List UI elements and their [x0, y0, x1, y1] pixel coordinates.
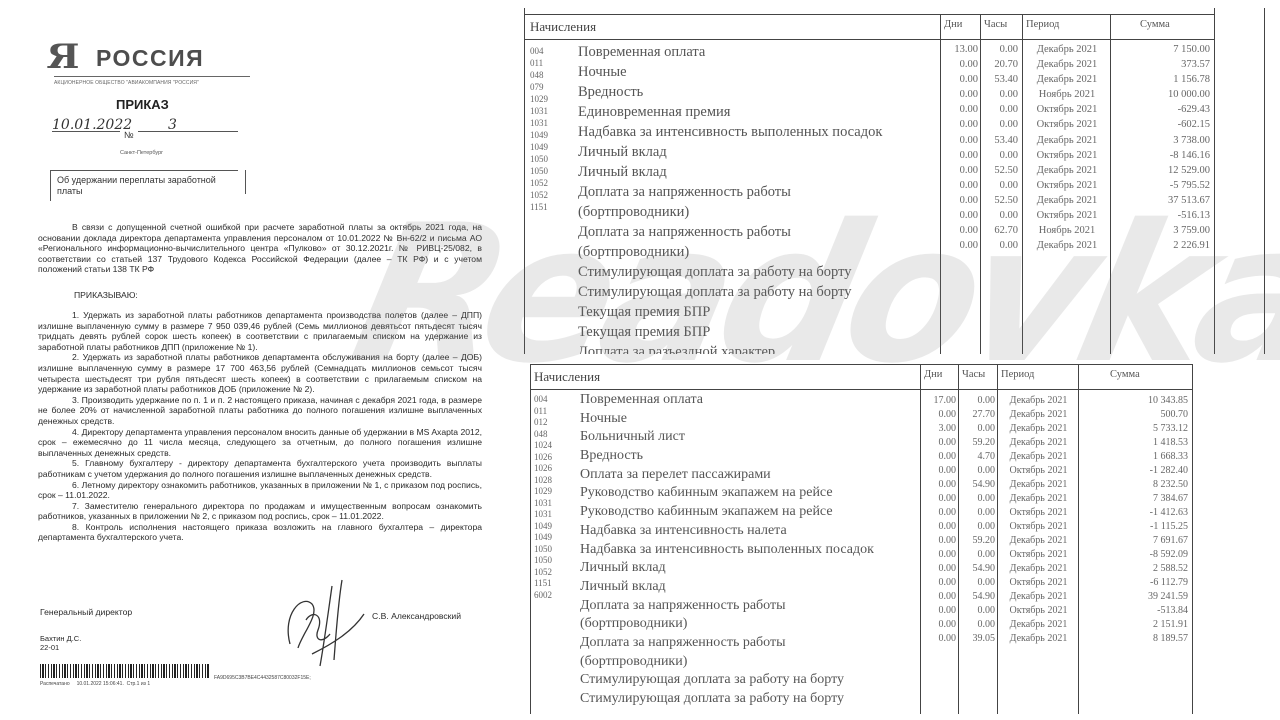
- order-item: 5. Главному бухгалтеру - директору депар…: [38, 458, 482, 479]
- hours-cell: 39.05: [960, 632, 995, 646]
- days-cell: 0.00: [942, 148, 978, 163]
- column-divider: [940, 14, 941, 354]
- accrual-name: Больничный лист: [580, 428, 874, 447]
- order-item: 8. Контроль исполнения настоящего приказ…: [38, 522, 482, 543]
- header-period: Период: [1026, 19, 1059, 30]
- header-sum: Сумма: [1110, 369, 1140, 380]
- accrual-code: 1026: [534, 463, 552, 475]
- hours-cell: 0.00: [982, 238, 1018, 253]
- accrual-name: Текущая премия БПР: [578, 302, 882, 322]
- days-cell: 0.00: [922, 478, 956, 492]
- sum-cell: 3 738.00: [1112, 133, 1210, 148]
- accrual-name: Вредность: [578, 82, 882, 102]
- accrual-name: Руководство кабинным экапажем на рейсе: [580, 503, 874, 522]
- days-cell: 0.00: [922, 520, 956, 534]
- days-cell: 0.00: [922, 436, 956, 450]
- hours-cell: 0.00: [982, 87, 1018, 102]
- sum-cell: 37 513.67: [1112, 193, 1210, 208]
- order-item: 4. Директору департамента управления пер…: [38, 427, 482, 459]
- document-date: 10.01.2022: [52, 120, 120, 132]
- document-subject: Об удержании переплаты заработной платы: [50, 170, 238, 201]
- column-divider: [1214, 8, 1215, 354]
- accrual-code: 1031: [530, 117, 548, 129]
- accrual-code: 1049: [534, 532, 552, 544]
- sum-cell: -8 592.09: [1080, 548, 1188, 562]
- accrual-name: Доплата за напряженность работы: [578, 182, 882, 202]
- hours-cell: 0.00: [982, 178, 1018, 193]
- order-item: 7. Заместителю генерального директора по…: [38, 501, 482, 522]
- period-cell: Декабрь 2021: [999, 478, 1078, 492]
- period-cell: Декабрь 2021: [999, 450, 1078, 464]
- days-cell: 0.00: [922, 408, 956, 422]
- hours-cell: 0.00: [982, 42, 1018, 57]
- sum-cell: -629.43: [1112, 102, 1210, 117]
- sum-cell: 10 343.85: [1080, 394, 1188, 408]
- days-cell: 0.00: [942, 133, 978, 148]
- period-cell: Октябрь 2021: [999, 576, 1078, 590]
- hours-cell: 0.00: [960, 506, 995, 520]
- preamble-paragraph: В связи с допущенной счетной ошибкой при…: [38, 222, 482, 275]
- accrual-name: Надбавка за интенсивность выполенных пос…: [580, 541, 874, 560]
- hours-cell: 0.00: [960, 422, 995, 436]
- header-hours: Часы: [962, 369, 985, 380]
- accrual-name: Надбавка за интенсивность выполенных пос…: [578, 122, 882, 142]
- days-cell: 0.00: [922, 618, 956, 632]
- sum-cell: -1 412.63: [1080, 506, 1188, 520]
- sum-cell: 10 000.00: [1112, 87, 1210, 102]
- accrual-name: Доплата за напряженность работы: [580, 634, 874, 653]
- sum-column: 7 150.00373.571 156.7810 000.00-629.43-6…: [1112, 42, 1210, 253]
- order-items: 1. Удержать из заработной платы работник…: [38, 310, 482, 543]
- sum-cell: 2 151.91: [1080, 618, 1188, 632]
- sum-cell: 12 529.00: [1112, 163, 1210, 178]
- hours-cell: 0.00: [982, 117, 1018, 132]
- accrual-name: Стимулирующая доплата за работу на борту: [580, 690, 874, 709]
- header-days: Дни: [944, 19, 962, 30]
- accrual-code: 1031: [534, 509, 552, 521]
- logo-divider: [54, 76, 250, 77]
- accrual-name: (бортпроводники): [578, 242, 882, 262]
- executor-name: Бахтин Д.С.: [40, 634, 81, 643]
- hours-cell: 0.00: [960, 492, 995, 506]
- barcode-icon: [40, 664, 210, 678]
- accrual-code: 1028: [534, 475, 552, 487]
- accrual-code: 004: [530, 45, 548, 57]
- sum-cell: 3 759.00: [1112, 223, 1210, 238]
- sum-cell: -6 112.79: [1080, 576, 1188, 590]
- sum-cell: -8 146.16: [1112, 148, 1210, 163]
- days-cell: 0.00: [942, 87, 978, 102]
- sum-cell: 7 150.00: [1112, 42, 1210, 57]
- sum-cell: 1 156.78: [1112, 72, 1210, 87]
- hours-cell: 53.40: [982, 133, 1018, 148]
- days-column: 13.000.000.000.000.000.000.000.000.000.0…: [942, 42, 978, 253]
- days-cell: 0.00: [942, 223, 978, 238]
- table-border: [1264, 8, 1265, 354]
- hours-cell: 52.50: [982, 193, 1018, 208]
- table-border: [530, 389, 1192, 390]
- accrual-code: 012: [534, 417, 552, 429]
- accrual-name: Надбавка за интенсивность налета: [580, 522, 874, 541]
- accrual-code: 1029: [534, 486, 552, 498]
- column-divider: [1110, 14, 1111, 354]
- accrual-code: 1029: [530, 93, 548, 105]
- table-border: [530, 364, 1192, 365]
- sum-cell: -602.15: [1112, 117, 1210, 132]
- hours-cell: 0.00: [960, 464, 995, 478]
- hours-cell: 4.70: [960, 450, 995, 464]
- days-cell: 3.00: [922, 422, 956, 436]
- table-border: [1192, 364, 1193, 714]
- header-accruals: Начисления: [530, 19, 596, 35]
- executor-info: Бахтин Д.С. 22-01: [40, 634, 81, 652]
- days-cell: 0.00: [942, 208, 978, 223]
- hours-column: 0.0027.700.0059.204.700.0054.900.000.000…: [960, 394, 995, 646]
- accrual-name: Доплата за напряженность работы: [578, 222, 882, 242]
- accrual-code: 011: [530, 57, 548, 69]
- days-cell: 0.00: [942, 117, 978, 132]
- period-cell: Декабрь 2021: [999, 632, 1078, 646]
- period-cell: Декабрь 2021: [1024, 238, 1110, 253]
- days-cell: 13.00: [942, 42, 978, 57]
- period-cell: Декабрь 2021: [999, 562, 1078, 576]
- executor-phone: 22-01: [40, 643, 81, 652]
- column-divider: [920, 364, 921, 714]
- accrual-code: 1031: [530, 105, 548, 117]
- period-cell: Декабрь 2021: [999, 590, 1078, 604]
- sum-cell: -516.13: [1112, 208, 1210, 223]
- accrual-name: Текущая премия БПР: [578, 322, 882, 342]
- period-cell: Октябрь 2021: [999, 548, 1078, 562]
- period-cell: Октябрь 2021: [999, 506, 1078, 520]
- accrual-code: 011: [534, 406, 552, 418]
- days-cell: 0.00: [942, 178, 978, 193]
- accrual-name: (бортпроводники): [578, 202, 882, 222]
- hours-cell: 0.00: [960, 548, 995, 562]
- sum-cell: 1 418.53: [1080, 436, 1188, 450]
- hours-cell: 27.70: [960, 408, 995, 422]
- hours-cell: 20.70: [982, 57, 1018, 72]
- document-type: ПРИКАЗ: [116, 100, 169, 111]
- accrual-code: 1151: [530, 201, 548, 213]
- company-legal-name: АКЦИОНЕРНОЕ ОБЩЕСТВО "АВИАКОМПАНИЯ "РОСС…: [54, 78, 199, 89]
- accrual-code: 1050: [534, 555, 552, 567]
- accrual-code: 048: [530, 69, 548, 81]
- accrual-name: Ночные: [580, 410, 874, 429]
- hours-cell: 0.00: [982, 148, 1018, 163]
- sum-cell: 1 668.33: [1080, 450, 1188, 464]
- period-cell: Октябрь 2021: [999, 464, 1078, 478]
- accrual-code: 1031: [534, 498, 552, 510]
- days-cell: 0.00: [942, 238, 978, 253]
- accrual-name: Доплата за напряженность работы: [580, 597, 874, 616]
- sum-cell: 373.57: [1112, 57, 1210, 72]
- period-column: Декабрь 2021Декабрь 2021Декабрь 2021Дека…: [999, 394, 1078, 646]
- document-hash: FA9D695C3B7BE4C4432587C80032F15E;: [214, 673, 311, 684]
- sum-cell: 2 226.91: [1112, 238, 1210, 253]
- period-cell: Декабрь 2021: [1024, 72, 1110, 87]
- accrual-name: Личный вклад: [580, 578, 874, 597]
- period-cell: Декабрь 2021: [999, 422, 1078, 436]
- document-number: 3: [138, 120, 238, 132]
- accrual-name: Вредность: [580, 447, 874, 466]
- accrual-name: (бортпроводники): [580, 615, 874, 634]
- handwritten-signature-icon: [272, 574, 372, 670]
- period-cell: Октябрь 2021: [1024, 148, 1110, 163]
- company-name: РОССИЯ: [96, 46, 204, 70]
- hours-cell: 0.00: [960, 604, 995, 618]
- printed-label: Распечатано: [40, 681, 70, 687]
- days-cell: 0.00: [922, 576, 956, 590]
- period-cell: Ноябрь 2021: [1024, 223, 1110, 238]
- period-cell: Декабрь 2021: [999, 492, 1078, 506]
- signatory-role: Генеральный директор: [40, 607, 132, 618]
- header-accruals: Начисления: [534, 369, 600, 385]
- sum-cell: -513.84: [1080, 604, 1188, 618]
- period-cell: Октябрь 2021: [1024, 102, 1110, 117]
- days-cell: 0.00: [922, 492, 956, 506]
- period-column: Декабрь 2021Декабрь 2021Декабрь 2021Нояб…: [1024, 42, 1110, 253]
- order-item: 3. Производить удержание по п. 1 и п. 2 …: [38, 395, 482, 427]
- accrual-code: 6002: [534, 590, 552, 602]
- hours-cell: 59.20: [960, 436, 995, 450]
- order-item: 2. Удержать из заработной платы работник…: [38, 352, 482, 394]
- code-column: 0040110480791029103110311049104910501050…: [530, 45, 548, 213]
- accrual-name: Личный вклад: [580, 559, 874, 578]
- payroll-sheet-bottom: Начисления Дни Часы Период Сумма 0040110…: [530, 362, 1198, 714]
- accrual-name: (бортпроводники): [580, 653, 874, 672]
- period-cell: Ноябрь 2021: [1024, 87, 1110, 102]
- accrual-name: Личный вклад: [578, 162, 882, 182]
- days-cell: 0.00: [922, 590, 956, 604]
- column-divider: [980, 14, 981, 354]
- page-info: Стр.1 из 1: [127, 681, 151, 687]
- sum-cell: -1 115.25: [1080, 520, 1188, 534]
- accrual-code: 1026: [534, 452, 552, 464]
- days-cell: 0.00: [922, 450, 956, 464]
- days-cell: 0.00: [942, 163, 978, 178]
- hours-cell: 0.00: [960, 520, 995, 534]
- days-cell: 0.00: [922, 632, 956, 646]
- hours-cell: 54.90: [960, 562, 995, 576]
- period-cell: Декабрь 2021: [1024, 42, 1110, 57]
- sum-cell: 500.70: [1080, 408, 1188, 422]
- accrual-name: Повременная оплата: [580, 391, 874, 410]
- accrual-name: Единовременная премия: [578, 102, 882, 122]
- hours-cell: 52.50: [982, 163, 1018, 178]
- accrual-name: Ночные: [578, 62, 882, 82]
- accrual-name-column: Повременная оплатаНочныеБольничный листВ…: [580, 391, 874, 709]
- accrual-code: 1050: [534, 544, 552, 556]
- accrual-code: 1049: [530, 141, 548, 153]
- sum-cell: 39 241.59: [1080, 590, 1188, 604]
- accrual-name-column: Повременная оплатаНочныеВредностьЕдиновр…: [578, 42, 882, 354]
- hours-cell: 0.00: [960, 618, 995, 632]
- sum-cell: 7 384.67: [1080, 492, 1188, 506]
- period-cell: Декабрь 2021: [999, 618, 1078, 632]
- accrual-code: 1052: [534, 567, 552, 579]
- accrual-name: Оплата за перелет пассажирами: [580, 466, 874, 485]
- accrual-name: Стимулирующая доплата за работу на борту: [578, 282, 882, 302]
- period-cell: Октябрь 2021: [1024, 117, 1110, 132]
- accrual-code: 048: [534, 429, 552, 441]
- period-cell: Октябрь 2021: [1024, 208, 1110, 223]
- hours-cell: 59.20: [960, 534, 995, 548]
- accrual-code: 1024: [534, 440, 552, 452]
- days-cell: 0.00: [942, 102, 978, 117]
- column-divider: [1078, 364, 1079, 714]
- days-column: 17.000.003.000.000.000.000.000.000.000.0…: [922, 394, 956, 646]
- days-cell: 0.00: [942, 72, 978, 87]
- accrual-code: 1049: [534, 521, 552, 533]
- hours-cell: 0.00: [982, 208, 1018, 223]
- document-city: Санкт-Петербург: [120, 148, 163, 159]
- hours-cell: 0.00: [982, 102, 1018, 117]
- days-cell: 0.00: [942, 193, 978, 208]
- days-cell: 0.00: [922, 464, 956, 478]
- company-logo: Я РОССИЯ АКЦИОНЕРНОЕ ОБЩЕСТВО "АВИАКОМПА…: [46, 40, 246, 86]
- days-cell: 0.00: [922, 604, 956, 618]
- hours-cell: 54.90: [960, 590, 995, 604]
- period-cell: Декабрь 2021: [999, 534, 1078, 548]
- accrual-code: 004: [534, 394, 552, 406]
- period-cell: Октябрь 2021: [999, 604, 1078, 618]
- days-cell: 0.00: [922, 506, 956, 520]
- sum-cell: -1 282.40: [1080, 464, 1188, 478]
- signatory-name: С.В. Александровский: [372, 611, 461, 622]
- accrual-code: 1052: [530, 177, 548, 189]
- column-divider: [958, 364, 959, 714]
- period-cell: Декабрь 2021: [1024, 163, 1110, 178]
- hours-cell: 54.90: [960, 478, 995, 492]
- hours-cell: 0.00: [960, 576, 995, 590]
- days-cell: 17.00: [922, 394, 956, 408]
- print-stamp: Распечатано 10.01.2022 15:06:41. Стр.1 и…: [40, 679, 150, 690]
- accrual-name: Стимулирующая доплата за работу на борту: [580, 671, 874, 690]
- header-days: Дни: [924, 369, 942, 380]
- table-border: [524, 8, 525, 354]
- code-column: 0040110120481024102610261028102910311031…: [534, 394, 552, 601]
- hours-cell: 53.40: [982, 72, 1018, 87]
- accrual-code: 1049: [530, 129, 548, 141]
- period-cell: Октябрь 2021: [999, 520, 1078, 534]
- sum-cell: 7 691.67: [1080, 534, 1188, 548]
- accrual-code: 1050: [530, 165, 548, 177]
- header-period: Период: [1001, 369, 1034, 380]
- accrual-name: Повременная оплата: [578, 42, 882, 62]
- column-divider: [997, 364, 998, 714]
- period-cell: Декабрь 2021: [1024, 193, 1110, 208]
- accrual-code: 1050: [530, 153, 548, 165]
- sum-cell: 8 232.50: [1080, 478, 1188, 492]
- column-divider: [1022, 14, 1023, 354]
- table-border: [530, 364, 531, 714]
- sum-cell: 5 733.12: [1080, 422, 1188, 436]
- number-sign: №: [124, 130, 134, 141]
- accrual-name: Доплата за разъездной характер: [578, 342, 882, 354]
- accrual-code: 1151: [534, 578, 552, 590]
- period-cell: Декабрь 2021: [999, 436, 1078, 450]
- days-cell: 0.00: [922, 562, 956, 576]
- accrual-code: 079: [530, 81, 548, 93]
- printed-at: 10.01.2022 15:06:41.: [77, 681, 124, 687]
- payroll-sheet-top: Начисления Дни Часы Период Сумма 0040110…: [518, 8, 1265, 354]
- period-cell: Октябрь 2021: [1024, 178, 1110, 193]
- period-cell: Декабрь 2021: [1024, 133, 1110, 148]
- sum-cell: 8 189.57: [1080, 632, 1188, 646]
- accrual-name: Личный вклад: [578, 142, 882, 162]
- accrual-code: 1052: [530, 189, 548, 201]
- header-hours: Часы: [984, 19, 1007, 30]
- airline-logo-icon: Я: [47, 40, 80, 74]
- order-item: 6. Летному директору ознакомить работник…: [38, 480, 482, 501]
- days-cell: 0.00: [922, 548, 956, 562]
- accrual-name: Руководство кабинным экапажем на рейсе: [580, 484, 874, 503]
- order-heading: ПРИКАЗЫВАЮ:: [74, 290, 138, 301]
- period-cell: Декабрь 2021: [999, 394, 1078, 408]
- header-sum: Сумма: [1140, 19, 1170, 30]
- order-document: Я РОССИЯ АКЦИОНЕРНОЕ ОБЩЕСТВО "АВИАКОМПА…: [38, 36, 486, 696]
- sum-cell: 2 588.52: [1080, 562, 1188, 576]
- days-cell: 0.00: [922, 534, 956, 548]
- days-cell: 0.00: [942, 57, 978, 72]
- order-item: 1. Удержать из заработной платы работник…: [38, 310, 482, 352]
- hours-cell: 0.00: [960, 394, 995, 408]
- period-cell: Декабрь 2021: [999, 408, 1078, 422]
- sum-cell: -5 795.52: [1112, 178, 1210, 193]
- period-cell: Декабрь 2021: [1024, 57, 1110, 72]
- hours-cell: 62.70: [982, 223, 1018, 238]
- hours-column: 0.0020.7053.400.000.000.0053.400.0052.50…: [982, 42, 1018, 253]
- accrual-name: Стимулирующая доплата за работу на борту: [578, 262, 882, 282]
- sum-column: 10 343.85500.705 733.121 418.531 668.33-…: [1080, 394, 1188, 646]
